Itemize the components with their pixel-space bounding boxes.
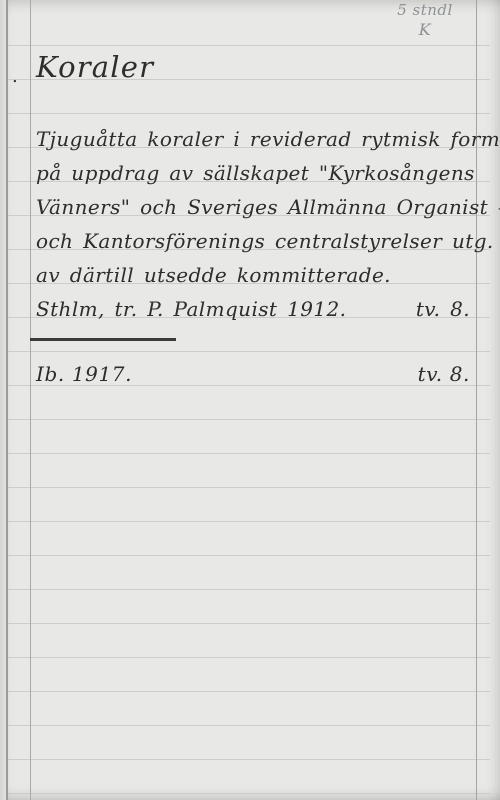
entry-line: på uppdrag av sällskapet "Kyrkosångens bbox=[36, 156, 470, 190]
shelf-note-letter: K bbox=[396, 20, 454, 39]
addendum-text: Ib. 1917. bbox=[36, 357, 132, 391]
entry-text: Tjuguåtta koraler i reviderad rytmisk fo… bbox=[36, 118, 470, 326]
left-margin-line bbox=[30, 0, 31, 800]
entry-line: och Kantorsförenings centralstyrelser ut… bbox=[36, 224, 470, 258]
entry-divider bbox=[30, 338, 176, 341]
addendum-row: Ib. 1917. tv. 8. bbox=[36, 357, 470, 391]
title-dot: . bbox=[12, 66, 18, 87]
entry-line: av därtill utsedde kommitterade. bbox=[36, 258, 470, 292]
entry-line: Tjuguåtta koraler i reviderad rytmisk fo… bbox=[36, 122, 470, 156]
shelf-note-code: 5 stndl bbox=[396, 1, 454, 20]
format-note: tv. 8. bbox=[416, 292, 470, 326]
imprint-text: Sthlm, tr. P. Palmquist 1912. bbox=[36, 292, 346, 326]
addendum-format-note: tv. 8. bbox=[418, 357, 470, 391]
card-left-edge-line bbox=[6, 0, 8, 800]
right-margin-line bbox=[476, 0, 477, 800]
card-title: Koraler bbox=[36, 50, 154, 84]
shelf-note: 5 stndl K bbox=[396, 1, 454, 39]
entry-line: Vänners" och Sveriges Allmänna Organist … bbox=[36, 190, 470, 224]
catalog-card: 5 stndl K . Koraler Tjuguåtta koraler i … bbox=[0, 0, 500, 800]
imprint-row: Sthlm, tr. P. Palmquist 1912. tv. 8. bbox=[36, 292, 470, 326]
